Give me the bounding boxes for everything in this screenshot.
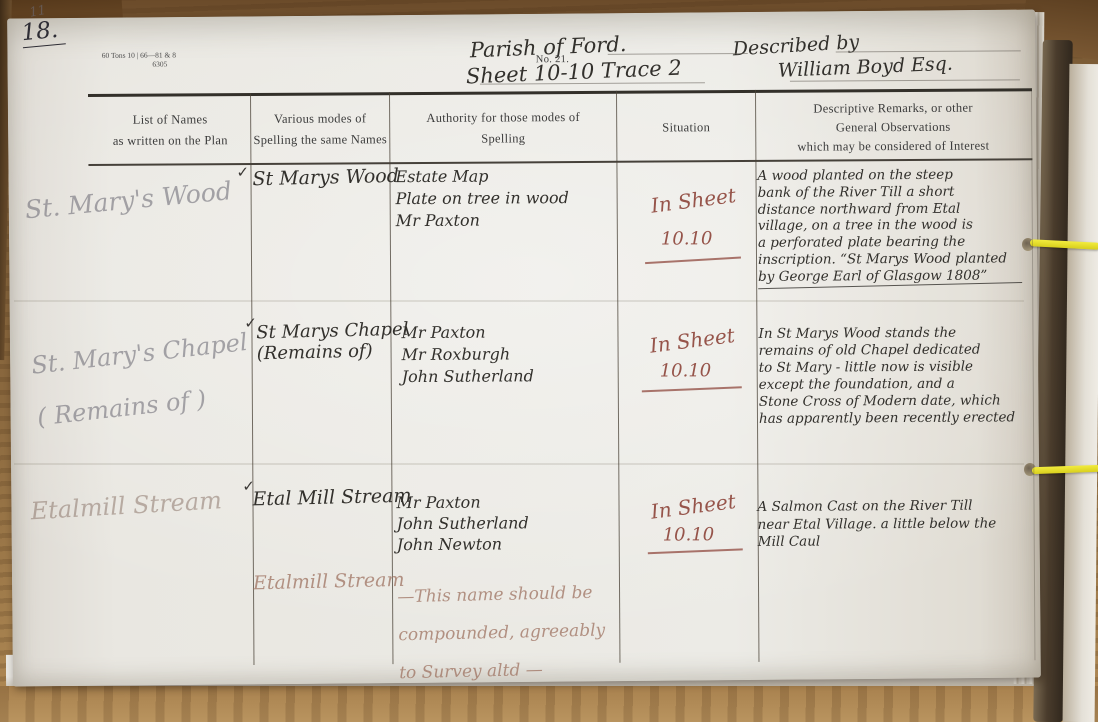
name-book-page-photo: 11 18. 60 Tons 10 | 66—81 & 8 6305 Paris… <box>0 0 1098 722</box>
row3-authority: Mr Paxton John Sutherland John Newton <box>396 491 528 555</box>
print-code-stamp-line2: 6305 <box>140 59 180 68</box>
col-header-situation: Situation <box>618 117 754 139</box>
row2-plan-name: St. Mary's Chapel ( Remains of ) <box>29 316 256 443</box>
row1-situation-sheet: In Sheet <box>649 183 737 218</box>
header-blank-rule <box>608 53 748 55</box>
row2-authority: Mr Paxton Mr Roxburgh John Sutherland <box>401 321 533 388</box>
table-top-rule <box>88 88 1032 97</box>
described-by-label: Described by <box>732 31 860 60</box>
row3-situation-ref: 10.10 <box>663 524 715 545</box>
header-blank-rule <box>480 82 705 84</box>
col-header-names: List of Names as written on the Plan <box>90 109 250 152</box>
print-code-stamp-line1: 60 Tons 10 | 66—81 & 8 <box>102 50 222 60</box>
row3-situation-underline <box>648 548 743 554</box>
row1-authority: Estate Map Plate on tree in wood Mr Paxt… <box>395 165 569 232</box>
row1-spelling: St Marys Wood <box>252 165 399 190</box>
col-header-remarks: Descriptive Remarks, or other General Ob… <box>757 98 1029 157</box>
col-header-authority: Authority for those modes of Spelling <box>392 107 614 150</box>
note-row-spelling: Etalmill Stream <box>253 569 405 595</box>
row1-situation-ref: 10.10 <box>661 228 713 249</box>
sheet-content: 11 18. 60 Tons 10 | 66—81 & 8 6305 Paris… <box>0 0 1098 722</box>
row1-remarks: A wood planted on the steep bank of the … <box>757 166 1038 285</box>
row2-remarks: In St Marys Wood stands the remains of o… <box>758 324 1041 428</box>
row1-plan-name: St. Mary's Wood <box>24 176 233 224</box>
row3-plan-name: Etalmill Stream <box>30 486 223 525</box>
row3-situation-sheet: In Sheet <box>649 489 737 524</box>
row2-spelling: St Marys Chapel (Remains of) <box>256 319 409 365</box>
col-header-spelling: Various modes of Spelling the same Names <box>252 108 388 151</box>
row2-situation-ref: 10.10 <box>660 360 712 381</box>
row1-checkmark: ✓ <box>236 163 249 182</box>
header-blank-rule <box>790 79 1020 81</box>
row2-situation-sheet: In Sheet <box>648 323 736 358</box>
row3-remarks: A Salmon Cast on the River Till near Eta… <box>757 497 1047 551</box>
page-number: 18. <box>20 16 65 48</box>
row1-situation-underline <box>645 257 741 265</box>
row3-spelling: Etal Mill Stream <box>252 485 411 511</box>
note-row-text: —This name should be compounded, agreeab… <box>397 572 650 692</box>
describer-name: William Boyd Esq. <box>777 53 953 82</box>
header-blank-rule <box>836 50 1021 52</box>
row2-situation-underline <box>642 386 742 392</box>
